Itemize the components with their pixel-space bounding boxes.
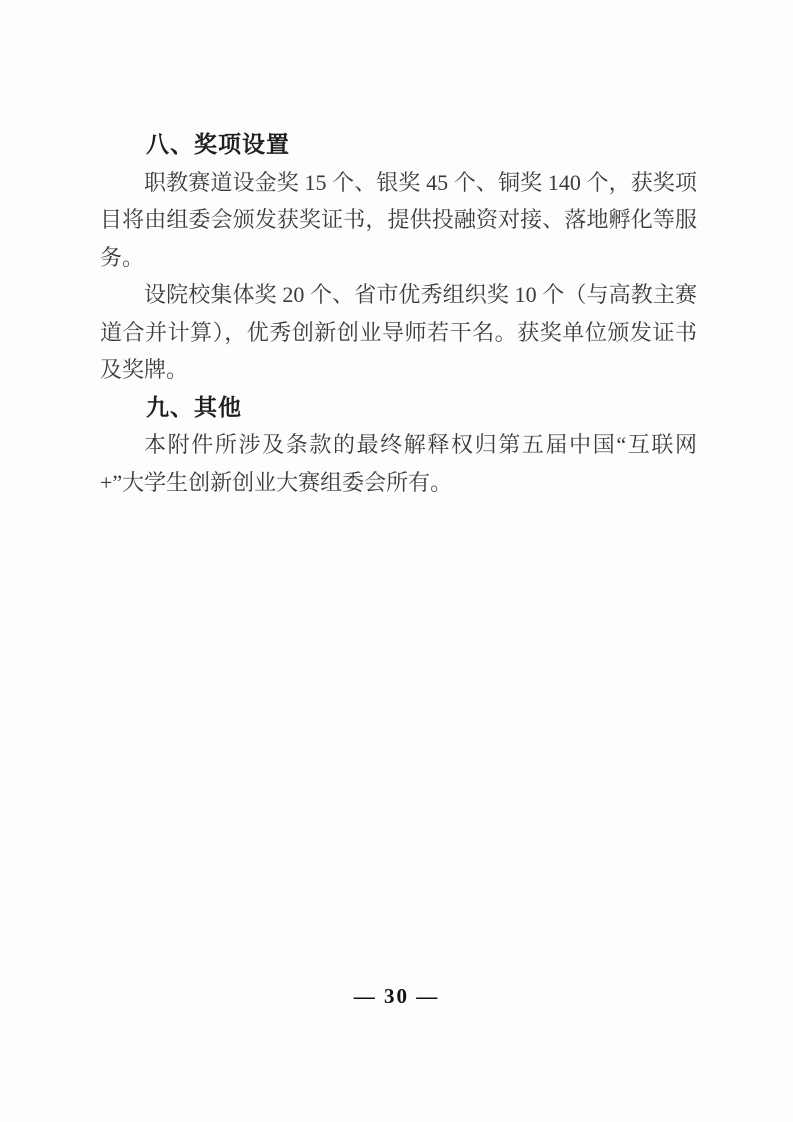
document-page: 八、奖项设置 职教赛道设金奖 15 个、银奖 45 个、铜奖 140 个，获奖项… <box>0 0 793 1122</box>
section-awards: 八、奖项设置 职教赛道设金奖 15 个、银奖 45 个、铜奖 140 个，获奖项… <box>100 126 697 389</box>
paragraph-awards-2: 设院校集体奖 20 个、省市优秀组织奖 10 个（与高教主赛道合并计算），优秀创… <box>100 276 697 389</box>
paragraph-other-1: 本附件所涉及条款的最终解释权归第五届中国“互联网+”大学生创新创业大赛组委会所有… <box>100 426 697 501</box>
page-number: — 30 — <box>354 984 440 1008</box>
section-heading-other: 九、其他 <box>100 389 697 427</box>
document-content: 八、奖项设置 职教赛道设金奖 15 个、银奖 45 个、铜奖 140 个，获奖项… <box>100 0 697 501</box>
paragraph-awards-1: 职教赛道设金奖 15 个、银奖 45 个、铜奖 140 个，获奖项目将由组委会颁… <box>100 164 697 277</box>
page-footer: — 30 — <box>0 984 793 1009</box>
section-heading-awards: 八、奖项设置 <box>100 126 697 164</box>
section-other: 九、其他 本附件所涉及条款的最终解释权归第五届中国“互联网+”大学生创新创业大赛… <box>100 389 697 502</box>
